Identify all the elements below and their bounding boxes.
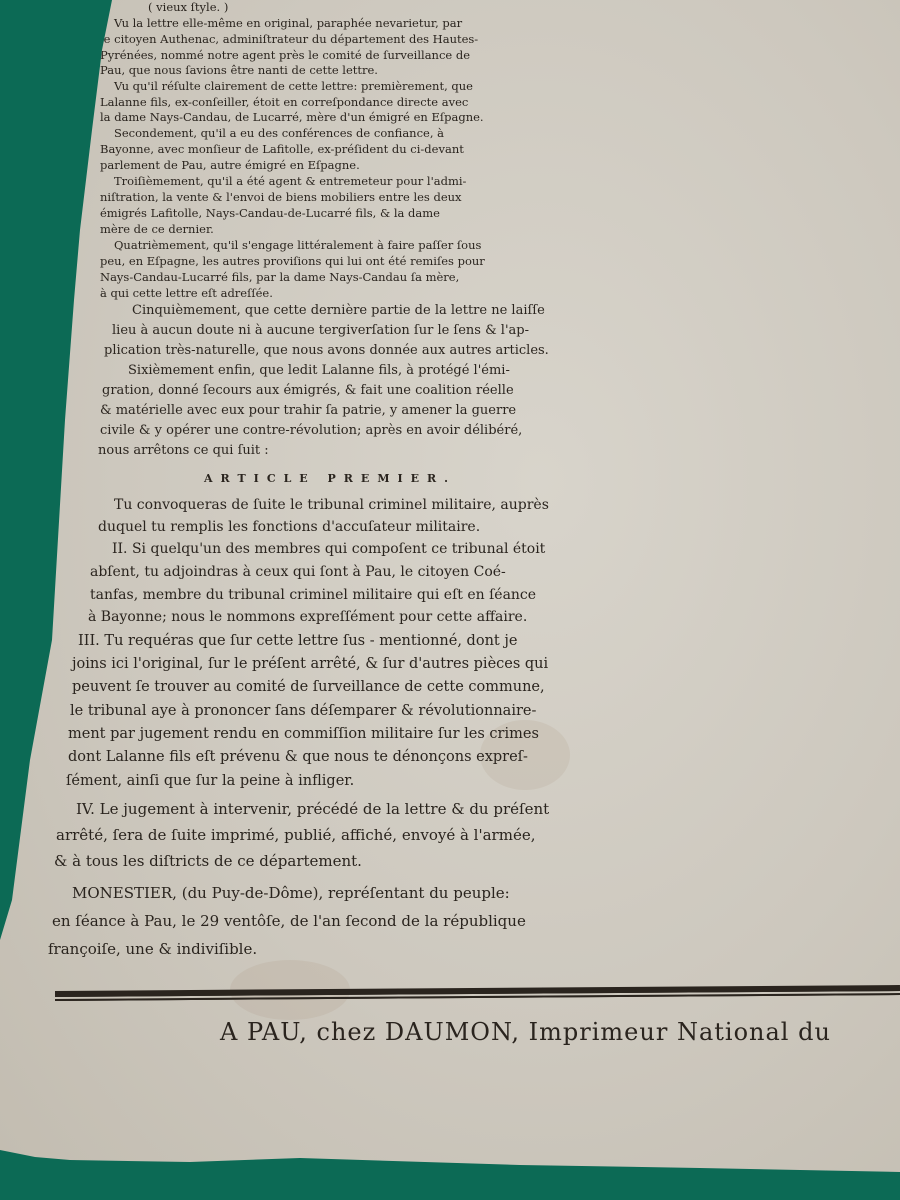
text-line: lieu à aucun doute ni à aucune tergiverſ… — [112, 322, 529, 340]
text-line: nous arrêtons ce qui ſuit : — [98, 442, 269, 460]
text-line: & matérielle avec eux pour trahir ſa pat… — [100, 402, 516, 420]
text-line: Sixièmement enfin, que ledit Lalanne fil… — [128, 362, 510, 380]
article-line: IV. Le jugement à intervenir, précédé de… — [76, 800, 549, 818]
printer-imprint: A PAU, chez DAUMON, Imprimeur National d… — [220, 1018, 831, 1046]
article-line: joins ici l'original, ſur le préſent arr… — [72, 655, 548, 673]
article-line: & à tous les diſtricts de ce département… — [54, 852, 362, 870]
signature-line: en ſéance à Pau, le 29 ventôſe, de l'an … — [52, 912, 526, 930]
article-line: ment par jugement rendu en commiſſion mi… — [68, 725, 539, 743]
article-line: duquel tu remplis les fonctions d'accuſa… — [98, 518, 480, 536]
text-line: à qui cette lettre eſt adreſſée. — [100, 284, 273, 302]
signature-line: MONESTIER, (du Puy-de-Dôme), repréſentan… — [72, 884, 510, 902]
text-line: plication très-naturelle, que nous avons… — [104, 342, 549, 360]
article-heading: ARTICLE PREMIER. — [204, 470, 456, 488]
article-line: tanfas, membre du tribunal criminel mili… — [90, 586, 536, 604]
signature-line: françoiſe, une & indiviſible. — [48, 940, 257, 958]
article-line: Tu convoqueras de ſuite le tribunal crim… — [114, 496, 549, 514]
text-line: gration, donné ſecours aux émigrés, & fa… — [102, 382, 514, 400]
article-line: arrêté, ſera de ſuite imprimé, publié, a… — [56, 826, 535, 844]
article-line: à Bayonne; nous le nommons expreſſément … — [88, 608, 527, 626]
document-paper: ( vieux ſtyle. ) Vu la lettre elle-même … — [0, 0, 900, 1200]
article-line: peuvent ſe trouver au comité de ſurveill… — [72, 678, 545, 696]
article-line: II. Si quelqu'un des membres qui compoſe… — [112, 540, 545, 558]
article-line: ſément, ainſi que ſur la peine à inflige… — [66, 772, 354, 790]
article-line: III. Tu requéras que ſur cette lettre ſu… — [78, 632, 517, 650]
text-line: Cinquièmement, que cette dernière partie… — [132, 302, 545, 320]
article-line: le tribunal aye à prononcer ſans déſempa… — [70, 702, 536, 720]
article-line: abſent, tu adjoindras à ceux qui ſont à … — [90, 563, 506, 581]
article-line: dont Lalanne fils eſt prévenu & que nous… — [68, 748, 528, 766]
text-line: civile & y opérer une contre-révolution;… — [100, 422, 522, 440]
